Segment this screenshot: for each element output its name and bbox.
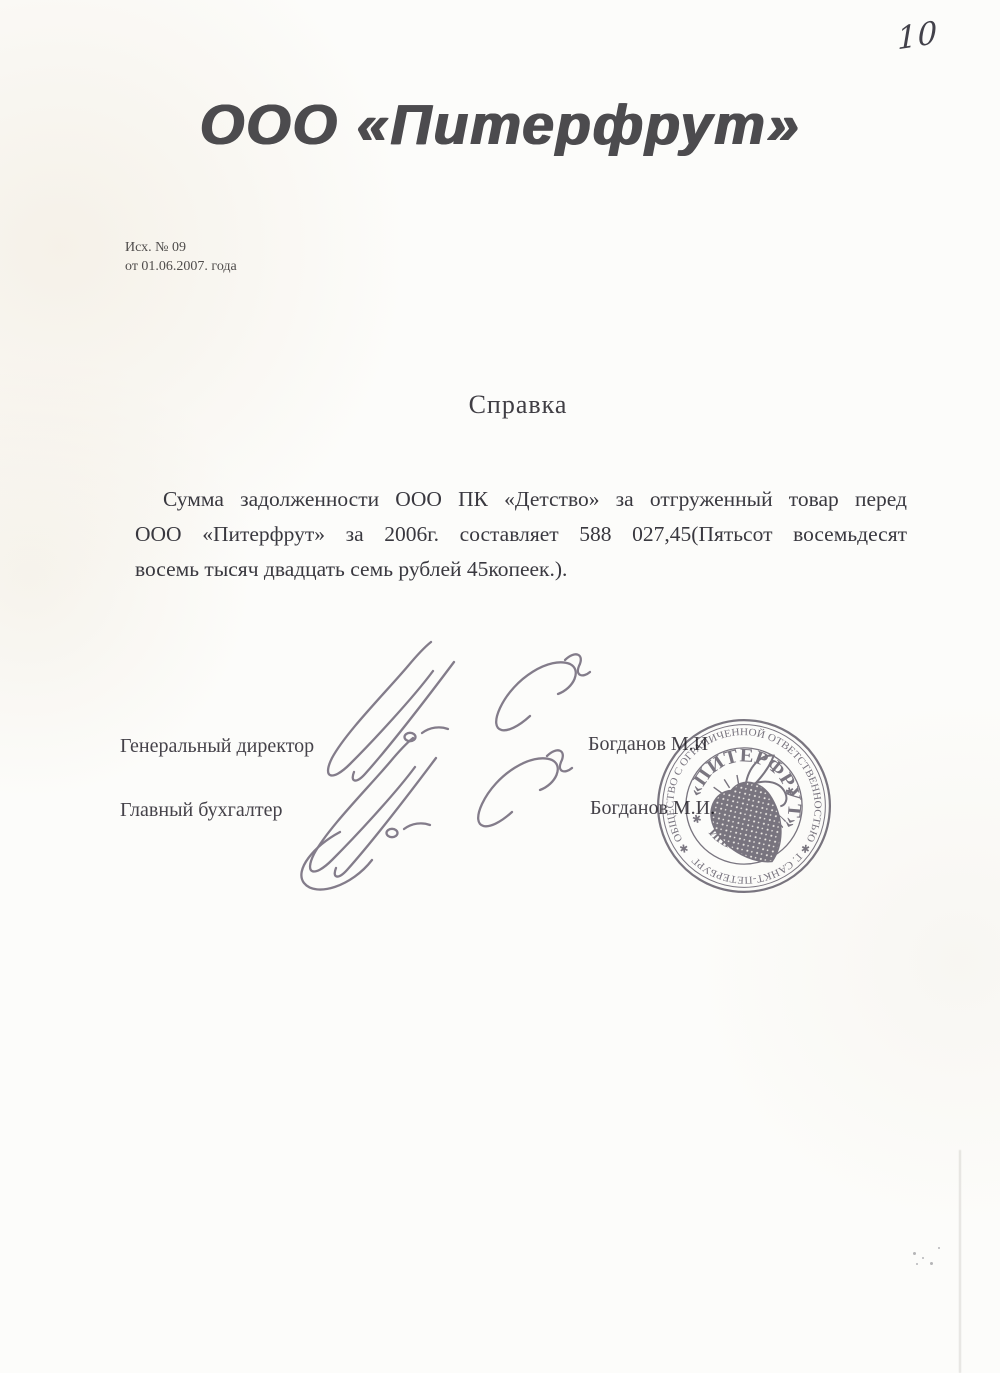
company-header: ООО «Питерфрут» — [0, 92, 1000, 170]
document-title: Справка — [0, 390, 1000, 420]
scan-edge-artifact — [959, 1150, 961, 1373]
scan-speckle — [930, 1262, 933, 1265]
reference-block: Исх. № 09 от 01.06.2007. года — [125, 238, 237, 276]
document-page: 10 ООО «Питерфрут» Исх. № 09 от 01.06.20… — [0, 0, 1000, 1373]
company-name: ООО «Питерфрут» — [190, 92, 811, 170]
scan-speckle — [913, 1252, 916, 1255]
scan-speckle — [916, 1263, 918, 1265]
handwritten-signatures — [268, 636, 608, 898]
company-stamp: ✱ ОБЩЕСТВО С ОГРАНИЧЕННОЙ ОТВЕТСТВЕННОСТ… — [648, 710, 840, 902]
outgoing-number: Исх. № 09 — [125, 238, 237, 257]
body-line: ООО «Питерфрут» за 2006г. составляет 588… — [135, 517, 907, 552]
handwritten-page-number: 10 — [897, 15, 939, 58]
scan-speckle — [922, 1257, 924, 1259]
body-line: восемь тысяч двадцать семь рублей 45копе… — [135, 552, 907, 587]
star-separator-icon: ✱ — [691, 813, 703, 827]
document-body: Сумма задолженности ООО ПК «Детство» за … — [135, 482, 907, 587]
reference-date: от 01.06.2007. года — [125, 257, 237, 276]
accountant-role-label: Главный бухгалтер — [120, 799, 282, 822]
accountant-signature-ink — [310, 738, 572, 877]
body-line: Сумма задолженности ООО ПК «Детство» за … — [135, 482, 907, 517]
scan-speckle — [938, 1247, 940, 1249]
